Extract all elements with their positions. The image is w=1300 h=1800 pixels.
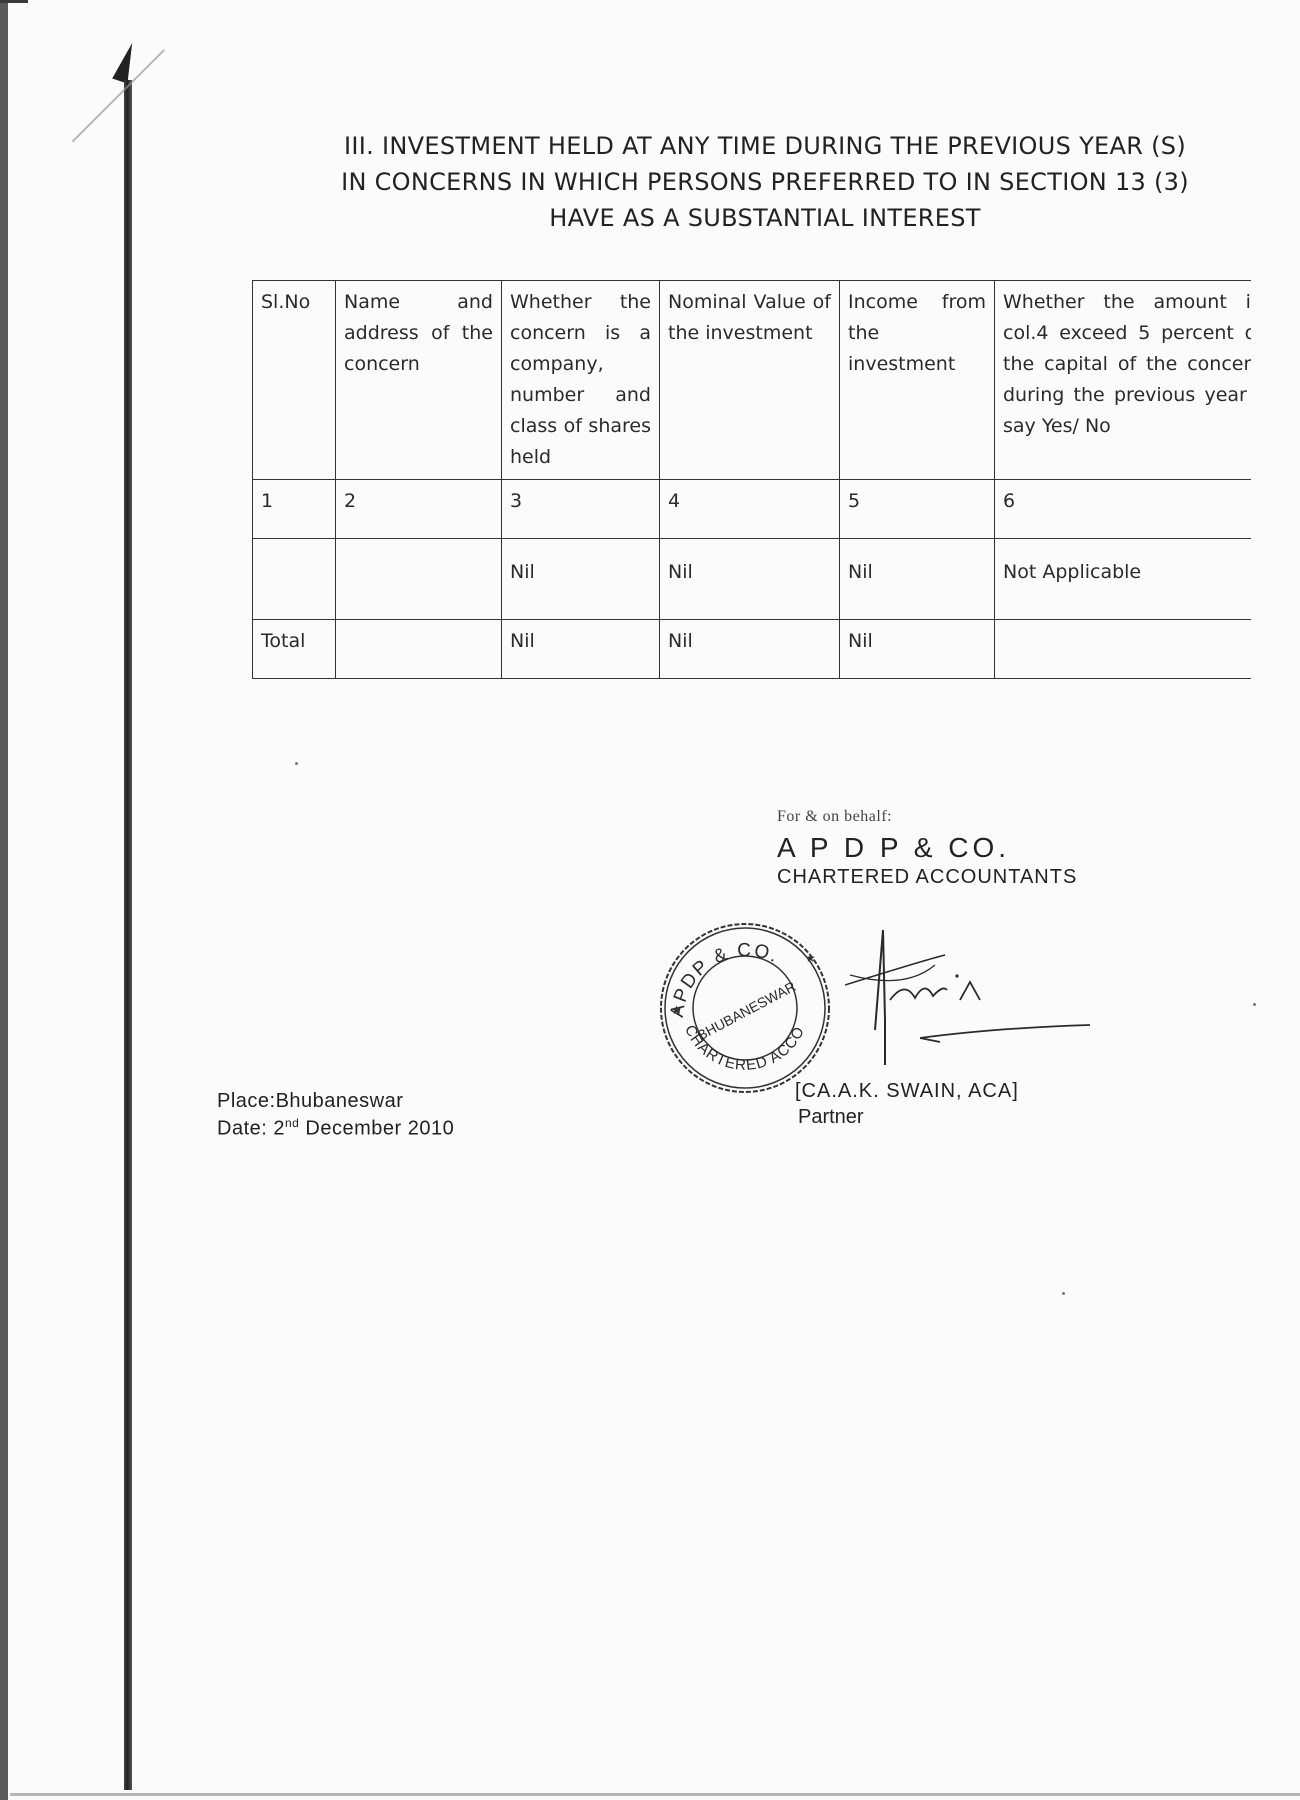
firm-seal-icon: APDP & CO. CHARTERED ACCOUNTANTS BHUBANE… [655,918,835,1098]
header-income: Income from the investment [840,281,995,480]
cell-nominal-value: Nil [660,539,840,620]
place-label: Place:Bhubaneswar [217,1090,403,1113]
cell-sl-no [253,539,336,620]
title-line: HAVE AS A SUBSTANTIAL INTEREST [270,200,1260,236]
title-line: IN CONCERNS IN WHICH PERSONS PREFERRED T… [270,164,1260,200]
svg-text:★: ★ [805,951,816,965]
date-label: Date: 2nd December 2010 [217,1116,454,1141]
total-row: Total Nil Nil Nil [253,620,1251,679]
scan-corner [0,0,28,3]
seal-center-text: BHUBANESWAR [694,978,798,1043]
title-line: III. INVESTMENT HELD AT ANY TIME DURING … [270,128,1260,164]
binding-line [124,80,132,1790]
cell-name-address [336,539,502,620]
on-behalf-label: For & on behalf: [777,808,1157,826]
total-company-shares: Nil [502,620,660,679]
column-number: 6 [995,480,1251,539]
scan-speck [1062,1292,1065,1295]
total-income: Nil [840,620,995,679]
column-number: 2 [336,480,502,539]
total-name-address [336,620,502,679]
total-nominal-value: Nil [660,620,840,679]
scan-speck [295,762,298,765]
partner-name: [CA.A.K. SWAIN, ACA] [795,1080,1019,1103]
total-exceeds-five-percent [995,620,1251,679]
column-number: 1 [253,480,336,539]
total-label: Total [253,620,336,679]
cell-company-shares: Nil [502,539,660,620]
column-number: 3 [502,480,660,539]
svg-text:★: ★ [671,1003,682,1017]
cell-exceeds-five-percent: Not Applicable [995,539,1251,620]
signature-block: For & on behalf: A P D P & CO. CHARTERED… [777,808,1157,889]
firm-name: A P D P & CO. [777,832,1157,864]
scan-bottom-edge [10,1793,1300,1796]
column-number: 4 [660,480,840,539]
scan-left-edge [0,0,8,1800]
scan-speck [1253,1003,1256,1006]
handwritten-signature-icon [845,920,1105,1070]
column-number: 5 [840,480,995,539]
section-title: III. INVESTMENT HELD AT ANY TIME DURING … [270,128,1260,236]
header-name-address: Name and address of the concern [336,281,502,480]
investment-table: Sl.No Name and address of the concern Wh… [252,280,1251,679]
table-header-row: Sl.No Name and address of the concern Wh… [253,281,1251,480]
header-sl-no: Sl.No [253,281,336,480]
cell-income: Nil [840,539,995,620]
column-number-row: 1 2 3 4 5 6 [253,480,1251,539]
partner-role: Partner [798,1106,864,1129]
header-exceeds-five-percent: Whether the amount in col.4 exceed 5 per… [995,281,1251,480]
header-company-shares: Whether the concern is a company, number… [502,281,660,480]
header-nominal-value: Nominal Value of the investment [660,281,840,480]
firm-designation: CHARTERED ACCOUNTANTS [777,866,1157,889]
table-row: Nil Nil Nil Not Applicable [253,539,1251,620]
